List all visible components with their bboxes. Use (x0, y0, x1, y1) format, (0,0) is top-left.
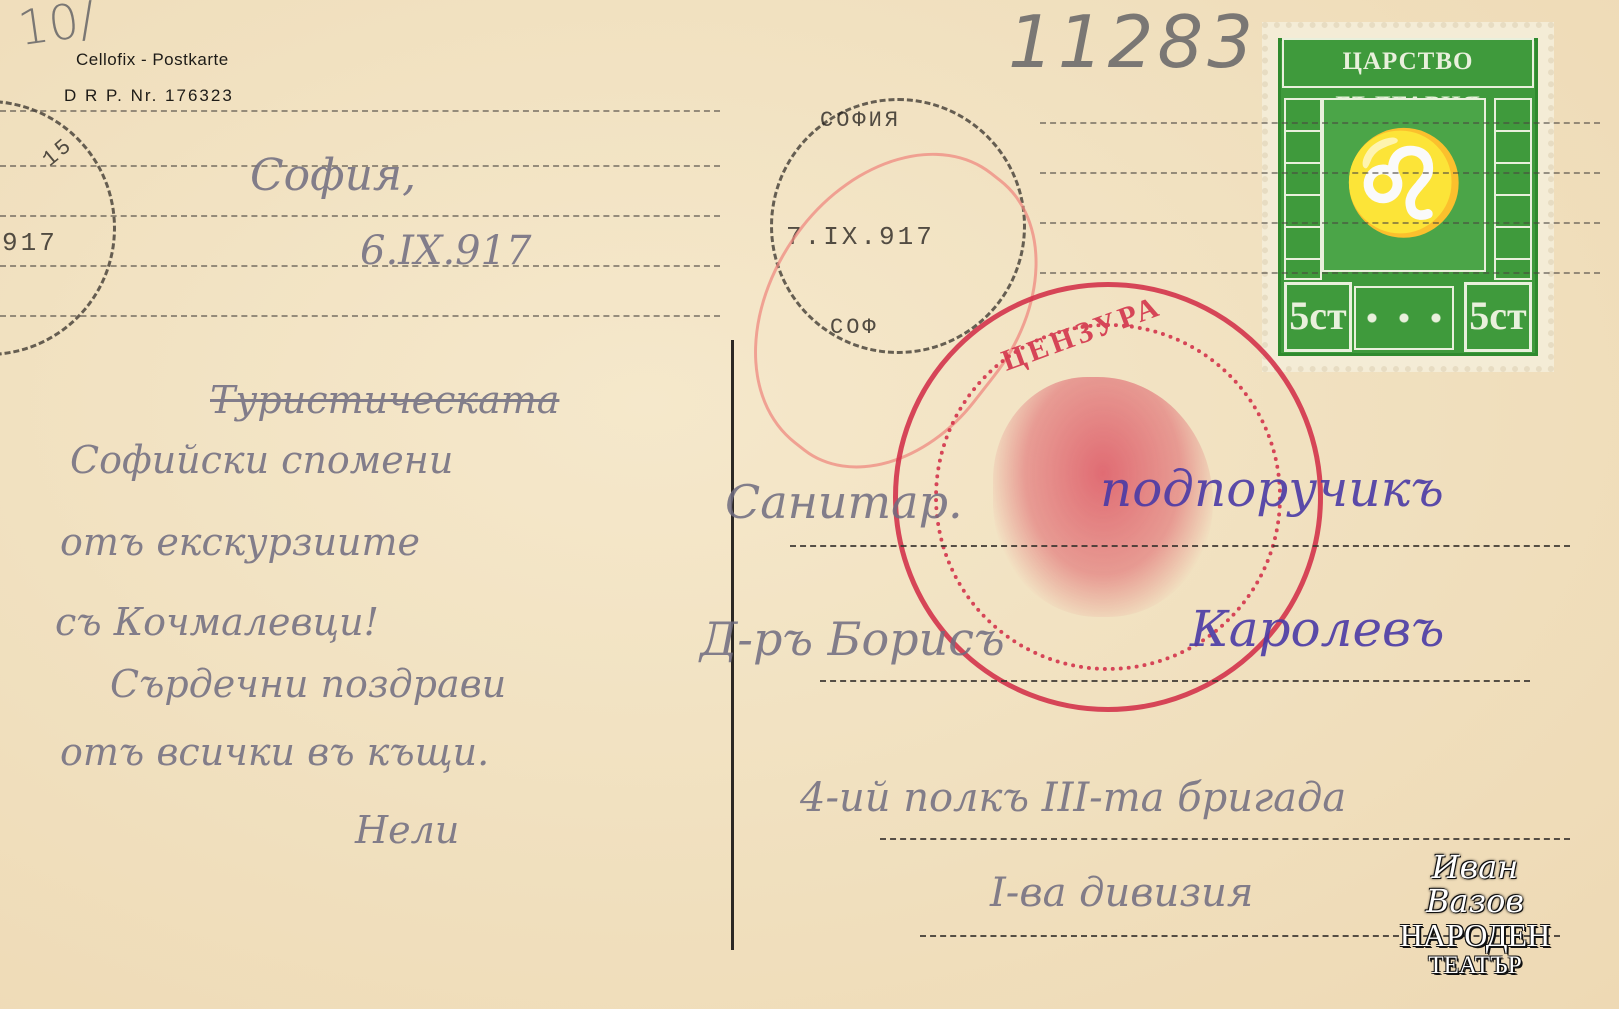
stamp-right-ornament (1494, 98, 1532, 280)
printed-patent-number: D R P. Nr. 176323 (64, 86, 234, 106)
cancel-line (0, 215, 720, 217)
postage-stamp: ЦАРСТВО БЪЛГАРИЯ ♌ 5ст 5ст (1262, 22, 1554, 372)
stamp-country-text: ЦАРСТВО БЪЛГАРИЯ (1282, 38, 1534, 88)
address-line-guide (880, 838, 1570, 840)
message-line: отъ всички въ къщи. (60, 730, 489, 774)
address-unit: 4-ий полкъ III-тa бригада (800, 775, 1346, 821)
postcard-back: Cellofix - Postkarte D R P. Nr. 176323 1… (0, 0, 1619, 1009)
stamp-value-right: 5ст (1464, 282, 1532, 352)
address-title: Санитар. (725, 475, 963, 529)
message-line: Туристическата (210, 378, 559, 422)
lion-emblem-icon: ♌ (1324, 118, 1484, 248)
message-line: отъ екскурзиите (60, 520, 420, 564)
address-line-guide (790, 545, 1570, 547)
logo-line2: ТЕАТЪР (1385, 952, 1565, 980)
archive-pencil-number: 11283 (1008, 0, 1257, 84)
cancel-line (1040, 272, 1600, 274)
cancel-line (1040, 122, 1600, 124)
message-place: София, (250, 150, 416, 201)
message-date: 6.IX.917 (360, 228, 532, 274)
message-line: Сърдечни поздрави (110, 662, 506, 706)
address-surname: Каролевъ (1190, 600, 1444, 658)
address-name: Д-ръ Борисъ (700, 612, 1005, 666)
left-postmark-date: 917 (2, 228, 58, 258)
right-postmark-place-top: СОФИЯ (820, 108, 901, 133)
cancel-line (0, 110, 720, 112)
stamp-value-left: 5ст (1284, 282, 1352, 352)
address-division: I-ва дивизия (990, 870, 1253, 916)
national-theatre-logo: Иван Вазов НАРОДЕН ТЕАТЪР (1385, 850, 1565, 980)
message-line: съ Кочмалевци! (55, 600, 379, 644)
stamp-bottom-ornament (1354, 286, 1454, 350)
printed-brand: Cellofix - Postkarte (76, 50, 229, 70)
address-rank: подпоручикъ (1100, 460, 1444, 518)
cancel-line (1040, 172, 1600, 174)
logo-line1: НАРОДЕН (1385, 918, 1565, 952)
cancel-line (0, 315, 720, 317)
message-signature: Нели (355, 808, 459, 852)
stamp-left-ornament (1284, 98, 1322, 280)
logo-signature: Иван Вазов (1385, 850, 1565, 918)
corner-pencil-number: 10/ (14, 0, 98, 57)
message-line: Софийски спомени (70, 438, 453, 482)
address-line-guide (820, 680, 1530, 682)
stamp-center-panel: ♌ (1322, 98, 1486, 272)
cancel-line (1040, 222, 1600, 224)
